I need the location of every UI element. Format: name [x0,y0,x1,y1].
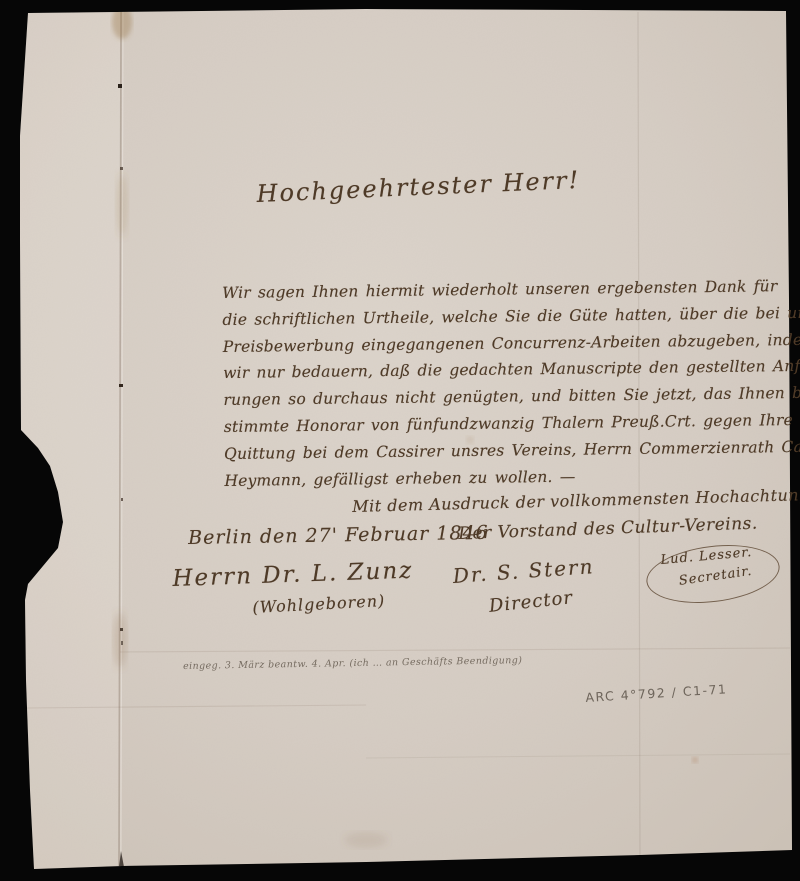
addressee-honorific-text: (Wohlgeboren) [252,591,386,617]
pencil-received-note: eingeg. 3. März beantw. 4. Apr. (ich … a… [183,655,522,672]
sender-organization-text: Der Vorstand des Cultur-Vereins. [458,514,758,544]
salutation-text: Hochgeehrtester Herr! [256,166,581,208]
letter-body: Wir sagen Ihnen hiermit wiederholt unser… [222,273,791,494]
dateline-text: Berlin den 27' Februar 1846 [188,522,489,549]
director-signature: Dr. S. Stern [452,554,595,588]
handwriting-layer: Hochgeehrtester Herr! Wir sagen Ihnen hi… [0,0,800,881]
scanned-letter-stage: Hochgeehrtester Herr! Wir sagen Ihnen hi… [0,0,800,881]
addressee-name-text: Herrn Dr. L. Zunz [172,558,414,592]
archive-reference-number: ARC 4°792 / C1-71 [585,681,728,705]
director-title: Director [488,587,574,617]
